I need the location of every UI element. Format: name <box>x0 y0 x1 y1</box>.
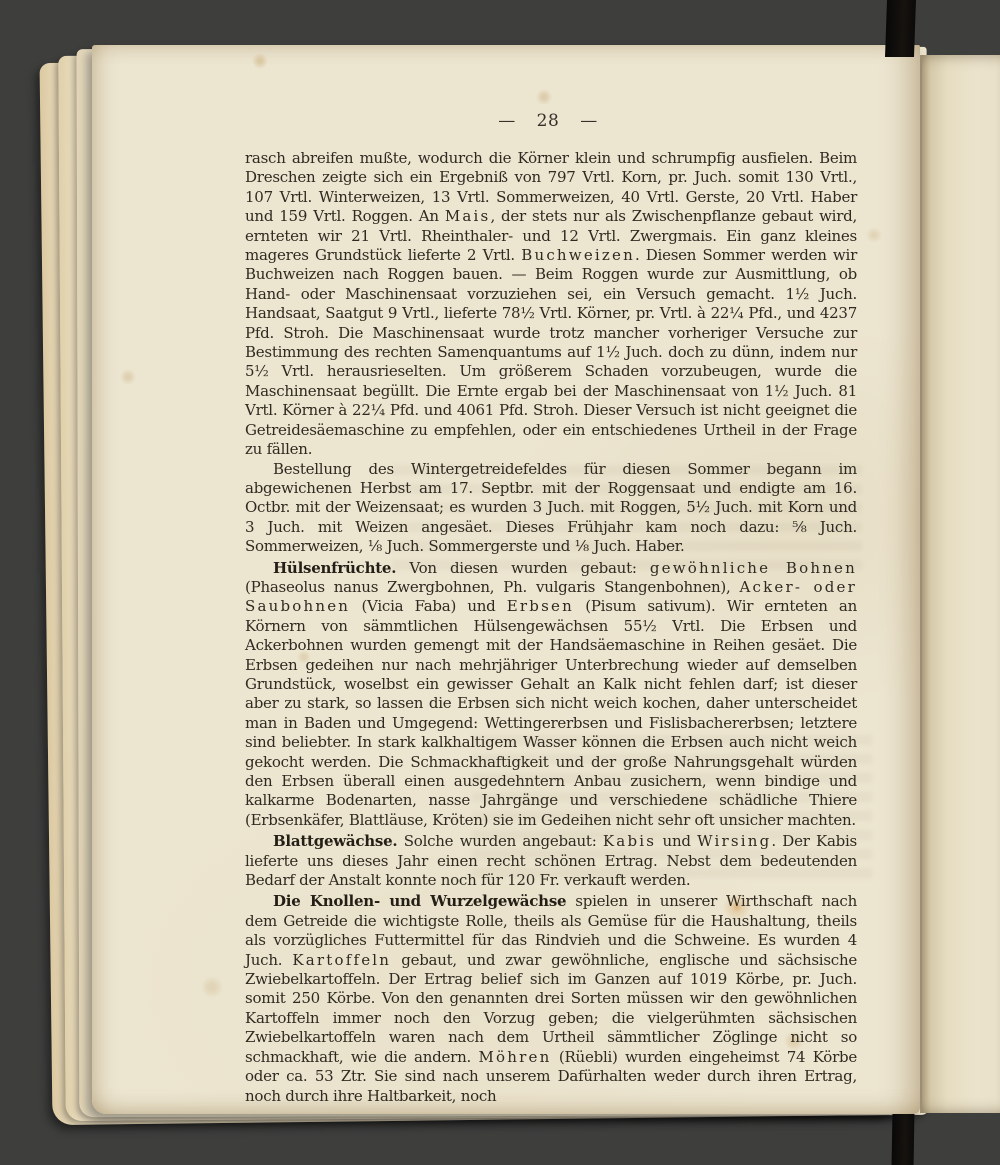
text-run-bold: Die Knollen- und Wurzelgewächse <box>273 892 566 910</box>
text-run-spaced: gewöhnliche Bohnen <box>650 559 857 577</box>
page-number-header: — 28 — <box>242 111 854 131</box>
text-run-normal: . Diesen Sommer werden wir Buchweizen na… <box>245 246 857 458</box>
text-block: rasch abreifen mußte, wodurch die Körner… <box>245 149 857 1106</box>
text-run-normal: (Phaseolus nanus Zwergbohnen, Ph. vulgar… <box>245 578 739 596</box>
book-page: — 28 — rasch abreifen mußte, wodurch die… <box>92 45 920 1114</box>
text-run-spaced: Buchweizen <box>521 246 635 264</box>
bookmark-ribbon-bottom <box>892 1114 915 1165</box>
text-run-normal: und <box>656 832 697 850</box>
paragraph: rasch abreifen mußte, wodurch die Körner… <box>245 149 857 460</box>
text-run-spaced: Möhren <box>478 1048 551 1066</box>
text-run-normal: (Pisum sativum). Wir ernteten an Körnern… <box>245 597 857 828</box>
scanned-book-spread: — 28 — rasch abreifen mußte, wodurch die… <box>0 0 1000 1165</box>
text-run-spaced: Kabis <box>603 832 656 850</box>
text-run-normal: (Vicia Faba) und <box>350 597 507 615</box>
text-run-spaced: Mais <box>445 207 491 225</box>
text-run-normal: Solche wurden angebaut: <box>397 832 603 850</box>
text-run-spaced: Erbsen <box>507 597 574 615</box>
text-run-spaced: Kartoffeln <box>292 951 391 969</box>
text-run-normal: Von diesen wurden gebaut: <box>396 559 650 577</box>
paragraph: Bestellung des Wintergetreidefeldes für … <box>245 460 857 557</box>
paragraph: Blattgewächse. Solche wurden angebaut: K… <box>245 832 857 890</box>
text-run-normal: Bestellung des Wintergetreidefeldes für … <box>245 460 857 556</box>
bookmark-ribbon-top <box>885 0 916 57</box>
paragraph: Die Knollen- und Wurzelgewächse spielen … <box>245 892 857 1105</box>
facing-page-edge <box>920 55 1000 1113</box>
paragraph: Hülsenfrüchte. Von diesen wurden gebaut:… <box>245 559 857 831</box>
text-run-bold: Blattgewächse. <box>273 832 397 850</box>
text-run-spaced: Wirsing <box>697 832 771 850</box>
text-run-bold: Hülsenfrüchte. <box>273 559 396 577</box>
